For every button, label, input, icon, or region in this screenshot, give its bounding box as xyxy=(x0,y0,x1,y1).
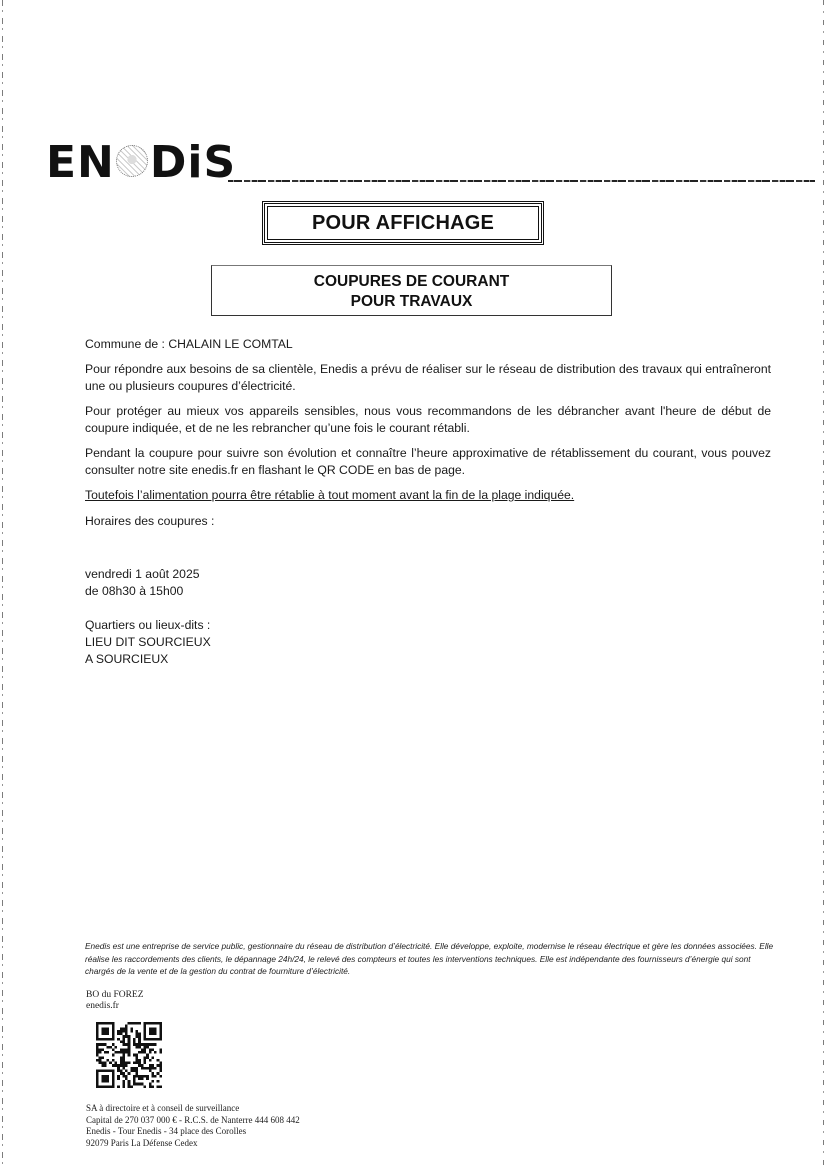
corp-line: SA à directoire et à conseil de surveill… xyxy=(86,1103,300,1115)
notice-title-box: COUPURES DE COURANT POUR TRAVAUX xyxy=(211,265,612,316)
horaires-label: Horaires des coupures : xyxy=(85,513,771,530)
legal-notice: Enedis est une entreprise de service pub… xyxy=(85,940,775,978)
underlined-notice: Toutefois l’alimentation pourra être rét… xyxy=(85,487,771,504)
qr-code-icon[interactable] xyxy=(96,1022,162,1088)
corporate-info: SA à directoire et à conseil de surveill… xyxy=(86,1103,300,1149)
paragraph-protect: Pour protéger au mieux vos appareils sen… xyxy=(85,403,771,437)
paragraph-intro: Pour répondre aux besoins de sa clientèl… xyxy=(85,361,771,395)
quartiers-label: Quartiers ou lieux-dits : xyxy=(85,617,771,634)
outage-date: vendredi 1 août 2025 xyxy=(85,566,771,583)
pour-affichage-label: POUR AFFICHAGE xyxy=(312,212,494,235)
website-text: enedis.fr xyxy=(86,1001,144,1012)
logo-text-right: DiS xyxy=(150,143,236,183)
scan-edge-right xyxy=(823,0,824,1169)
globe-icon xyxy=(116,145,148,177)
commune-line: Commune de : CHALAIN LE COMTAL xyxy=(85,336,771,353)
corp-line: 92079 Paris La Défense Cedex xyxy=(86,1138,300,1150)
location-item: A SOURCIEUX xyxy=(85,651,771,668)
notice-title-line1: COUPURES DE COURANT xyxy=(212,272,611,292)
header-rule xyxy=(228,180,815,182)
notice-title-line2: POUR TRAVAUX xyxy=(212,292,611,312)
location-item: LIEU DIT SOURCIEUX xyxy=(85,634,771,651)
agency-block: BO du FOREZ enedis.fr xyxy=(86,990,144,1012)
corp-line: Capital de 270 037 000 € - R.C.S. de Nan… xyxy=(86,1115,300,1127)
agency-name: BO du FOREZ xyxy=(86,990,144,1001)
logo-text-left: EN xyxy=(46,143,115,183)
enedis-logo: EN DiS xyxy=(46,143,236,183)
outage-hours: de 08h30 à 15h00 xyxy=(85,583,771,600)
scan-edge-left xyxy=(2,0,3,1169)
paragraph-follow: Pendant la coupure pour suivre son évolu… xyxy=(85,445,771,479)
corp-line: Enedis - Tour Enedis - 34 place des Coro… xyxy=(86,1126,300,1138)
pour-affichage-box: POUR AFFICHAGE xyxy=(262,201,544,245)
